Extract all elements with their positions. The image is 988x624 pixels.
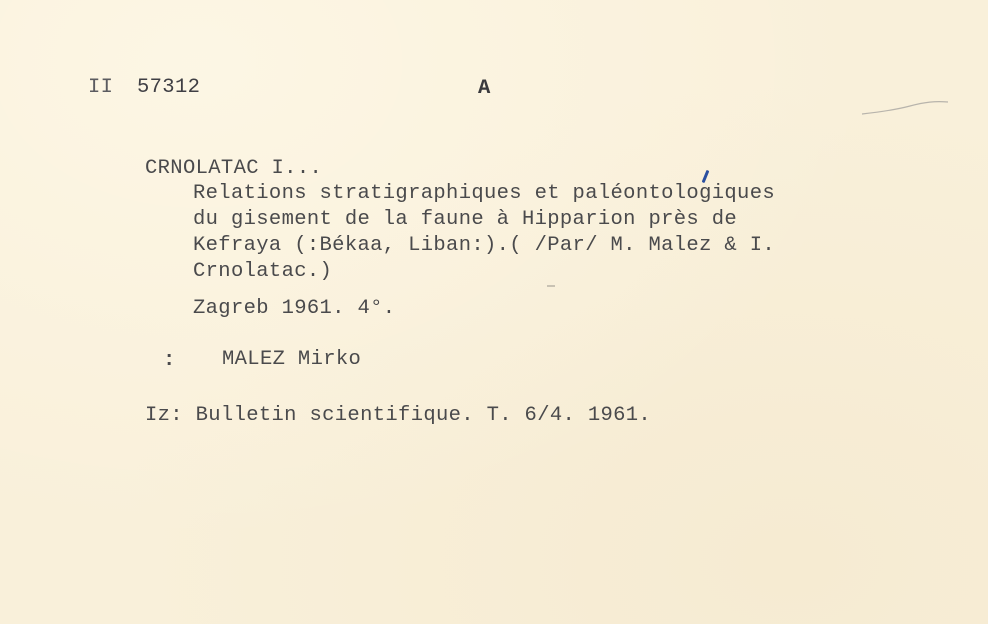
title-line-3: Kefraya (:Békaa, Liban:).( /Par/ M. Male… [193,236,775,257]
added-entry-marker: : [163,351,176,372]
title-line-1: Relations stratigraphiques et paléontolo… [193,184,775,205]
author-heading: CRNOLATAC I... [145,159,322,180]
paper-smudge [547,285,555,287]
title-line-2: du gisement de la faune à Hipparion près… [193,210,737,231]
added-entry: MALEZ Mirko [222,350,361,371]
location-letter: A [478,79,491,100]
pencil-stroke-mark [860,98,950,118]
shelf-mark: II [88,78,113,99]
source-note: Iz: Bulletin scientifique. T. 6/4. 1961. [145,406,651,427]
catalog-card: II 57312 A CRNOLATAC I... Relations stra… [0,0,988,624]
shelf-number: 57312 [137,78,200,99]
imprint: Zagreb 1961. 4°. [193,299,395,320]
title-line-4: Crnolatac.) [193,262,332,283]
